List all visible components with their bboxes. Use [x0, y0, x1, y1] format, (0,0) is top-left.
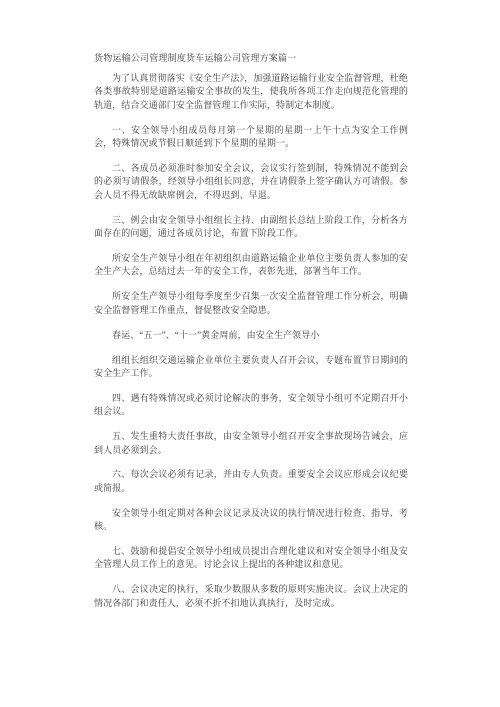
paragraph-holiday-lead: 春运、“五一”、“十一”黄金周前，由安全生产领导小	[94, 329, 408, 342]
paragraph-annual-meeting: 所安全生产领导小组在年初组织由道路运输企业单位主要负责人参加的安全生产大会，总结…	[94, 252, 408, 279]
paragraph-item-8: 八、会议决定的执行，采取少数服从多数的原则实施决议。会议上决定的情况各部门和责任…	[94, 583, 408, 610]
paragraph-item-4: 四、遇有特殊情况或必须讨论解决的事务，安全领导小组可不定期召开小组会议。	[94, 392, 408, 419]
paragraph-quarterly-meeting: 所安全生产领导小组每季度至少召集一次安全监督管理工作分析会，明确安全监督管理工作…	[94, 290, 408, 317]
document-title: 货物运输公司管理制度货车运输公司管理方案篇一	[94, 52, 408, 65]
paragraph-item-5: 五、发生重特大责任事故，由安全领导小组召开安全事故现场告诫会，应到人员必须到会。	[94, 430, 408, 457]
paragraph-intro: 为了认真贯彻落实《安全生产法》，加强道路运输行业安全监督管理，杜绝各类事故特别是…	[94, 72, 408, 112]
document-page: 货物运输公司管理制度货车运输公司管理方案篇一 为了认真贯彻落实《安全生产法》，加…	[0, 0, 500, 707]
paragraph-records-review: 安全领导小组定期对各种会议记录及决议的执行情况进行检查、指导、考核。	[94, 507, 408, 534]
paragraph-item-2: 二、各成员必须准时参加安全会议，会议实行签到制，特殊情况不能到会的必须写请假条，…	[94, 162, 408, 202]
paragraph-item-1: 一、安全领导小组成员每月第一个星期的星期一上午十点为安全工作例会，特殊情况或节假…	[94, 124, 408, 151]
paragraph-item-3: 三、例会由安全领导小组组长主持、由副组长总结上阶段工作，分析各方面存在的问题，通…	[94, 214, 408, 241]
paragraph-item-7: 七、鼓励和提倡安全领导小组成员提出合理化建议和对安全领导小组及安全管理人员工作上…	[94, 545, 408, 572]
paragraph-holiday-meeting: 组组长组织交通运输企业单位主要负责人召开会议，专题布置节日期间的安全生产工作。	[94, 354, 408, 381]
paragraph-item-6: 六、每次会议必须有记录，并由专人负责。重要安全会议应形成会议纪要或简报。	[94, 468, 408, 495]
